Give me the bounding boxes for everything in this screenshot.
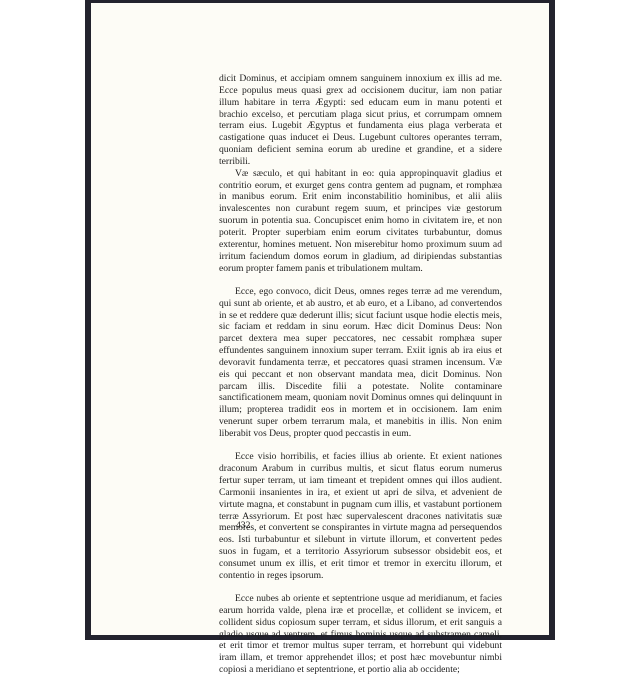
paragraph-1: dicit Dominus, et accipiam omnem sanguin… [219, 73, 502, 168]
paragraph-4: Ecce visio horribilis, et facies illius … [219, 451, 502, 581]
paragraph-5: Ecce nubes ab oriente et septentrione us… [219, 593, 502, 640]
body-text: dicit Dominus, et accipiam omnem sanguin… [219, 73, 502, 640]
page-sheet: dicit Dominus, et accipiam omnem sanguin… [91, 3, 549, 635]
paragraph-3: Ecce, ego convoco, dicit Deus, omnes reg… [219, 286, 502, 440]
page-number: 432 [236, 520, 250, 531]
paragraph-2: Væ sæculo, et qui habitant in eo: quia a… [219, 168, 502, 275]
print-frame: dicit Dominus, et accipiam omnem sanguin… [85, 0, 555, 640]
